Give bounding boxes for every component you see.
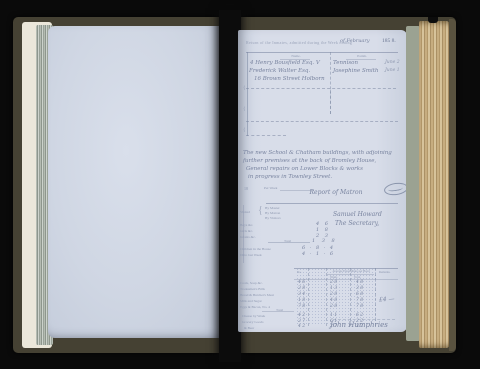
- register-row-parish: Josephine Smith: [333, 68, 378, 74]
- expense-week: 1 3: [330, 286, 337, 291]
- expense-row-label: Bread & Butcher's Meat: [240, 293, 274, 297]
- blank-left-page: [48, 26, 222, 338]
- note-line: The new School & Chatham buildings, with…: [243, 150, 392, 156]
- visited-below-label: Ditto last Week: [240, 253, 262, 257]
- expense-total: 7 8: [356, 304, 363, 309]
- fore-edge-page-block: [419, 21, 450, 348]
- visited-row-label: Boys &c.: [240, 223, 253, 227]
- expense-row-label: Grocery Goods: [242, 320, 263, 324]
- note-line: General repairs on Lower Blocks & works: [246, 166, 363, 172]
- register-col-name: Name.: [268, 54, 324, 58]
- visited-item: By Master: [265, 206, 280, 210]
- expense-col-line: [350, 268, 351, 326]
- form-year: 185 8.: [382, 38, 396, 44]
- expense-annotation: £4 —: [379, 295, 395, 303]
- expense-total: 6 2: [356, 313, 363, 318]
- ledger-right-page: Return of the Inmates, admitted during t…: [238, 30, 407, 332]
- expense-mid-total-label: Total: [276, 308, 283, 312]
- expense-header-rule: [294, 279, 398, 280]
- margin-brace: {: [243, 128, 245, 133]
- visited-total-values: 1 3 8: [312, 238, 337, 244]
- sub-line-number: 18: [244, 186, 248, 191]
- expense-col-line: [308, 268, 309, 326]
- register-column-divider: [330, 90, 331, 114]
- register-row-date: June 1: [385, 68, 400, 73]
- expense-no: 2 8: [298, 286, 305, 291]
- photo-of-ledger-book: Return of the Inmates, admitted during t…: [0, 0, 480, 369]
- visited-total-label: Total: [284, 239, 291, 243]
- expense-row-label: Tradesmen's Bills: [240, 287, 265, 291]
- expense-row-label: Cheese by Week: [242, 314, 265, 318]
- expense-week: 1 1: [330, 313, 337, 318]
- expense-total: 7 8: [356, 298, 363, 303]
- official-title: The Secretary,: [335, 220, 379, 227]
- ink-scribble-oval: [383, 181, 408, 196]
- signature-rule: [333, 319, 395, 320]
- visited-item: By Visitors: [265, 216, 281, 220]
- expense-total: 3 8: [356, 286, 363, 291]
- fore-edge-notch: [428, 17, 438, 23]
- visited-below-label: Children in the House: [240, 247, 271, 251]
- signature: John Humphries: [330, 321, 388, 329]
- sub-line-label: Per Week: [264, 186, 277, 190]
- register-row-rule: [246, 121, 398, 122]
- visited-group-label: Visited: [240, 210, 250, 214]
- expense-no: 1 8: [298, 298, 305, 303]
- ink-scribble-inner: [388, 185, 404, 192]
- note-line: in progress in Townley Street.: [248, 174, 332, 180]
- register-row-name: 4 Henry Bousfield Esq. V: [250, 60, 320, 66]
- expense-col-no: No.: [297, 270, 301, 274]
- visited-below-values: 4 · 1 · 6: [302, 251, 335, 257]
- expense-col-line: [375, 268, 376, 326]
- expense-row-label: Milk and Sugar: [240, 299, 262, 303]
- expense-row-label: & Beer: [244, 326, 254, 330]
- expense-no: 4 2: [298, 313, 305, 318]
- expense-no: 3 4: [298, 292, 305, 297]
- center-report-line: Report of Matron: [296, 189, 376, 196]
- expense-col-remarks: Remarks.: [379, 270, 390, 274]
- visited-item: By Matron: [265, 211, 280, 215]
- expense-no: 7 8: [298, 304, 305, 309]
- visited-row-label: Girls &c.: [240, 229, 253, 233]
- register-row-name: Frederick Walter Esq.: [249, 68, 310, 74]
- visited-brace: {: [258, 205, 263, 216]
- note-line: further premises at the back of Bromley …: [243, 158, 376, 164]
- right-page-edge-strip: [406, 26, 420, 341]
- expense-week: 2 8: [330, 304, 337, 309]
- expense-total: 6 8: [356, 292, 363, 297]
- official-name: Samuel Howard: [333, 211, 382, 218]
- written-month: of February: [340, 38, 370, 44]
- printed-form-title: Return of the Inmates, admitted during t…: [246, 40, 352, 45]
- margin-brace: {: [243, 107, 245, 112]
- register-row-name: 16 Brown Street Holborn: [254, 76, 325, 82]
- expense-week: 2 8: [330, 292, 337, 297]
- expense-row-label: Eggs & Bacon, No. 4: [240, 305, 270, 309]
- expense-row-label: Coals, Soap &c.: [240, 281, 263, 285]
- register-row-date: June 2: [385, 60, 400, 65]
- register-margin-line: [247, 52, 248, 136]
- margin-brace: {: [243, 86, 245, 91]
- section-end-rule: [246, 135, 286, 136]
- expense-week: 4 8: [330, 298, 337, 303]
- register-col-parish: Parish.: [338, 54, 386, 58]
- right-cover-edge: [449, 19, 456, 351]
- register-row-parish: Tennison: [333, 60, 358, 66]
- expense-title: Average Expenditure per Head: [328, 269, 374, 273]
- visited-row-label: Infants &c.: [240, 235, 256, 239]
- expense-total: 4 8: [356, 280, 363, 285]
- register-top-rule: [246, 52, 398, 53]
- statistics-top-rule: [266, 203, 398, 204]
- expense-col-line: [326, 268, 327, 326]
- expense-no: 4 6: [298, 280, 305, 285]
- expense-no: 4 2: [298, 324, 305, 329]
- register-row-rule: [246, 88, 396, 89]
- expense-week: 2 8: [330, 280, 337, 285]
